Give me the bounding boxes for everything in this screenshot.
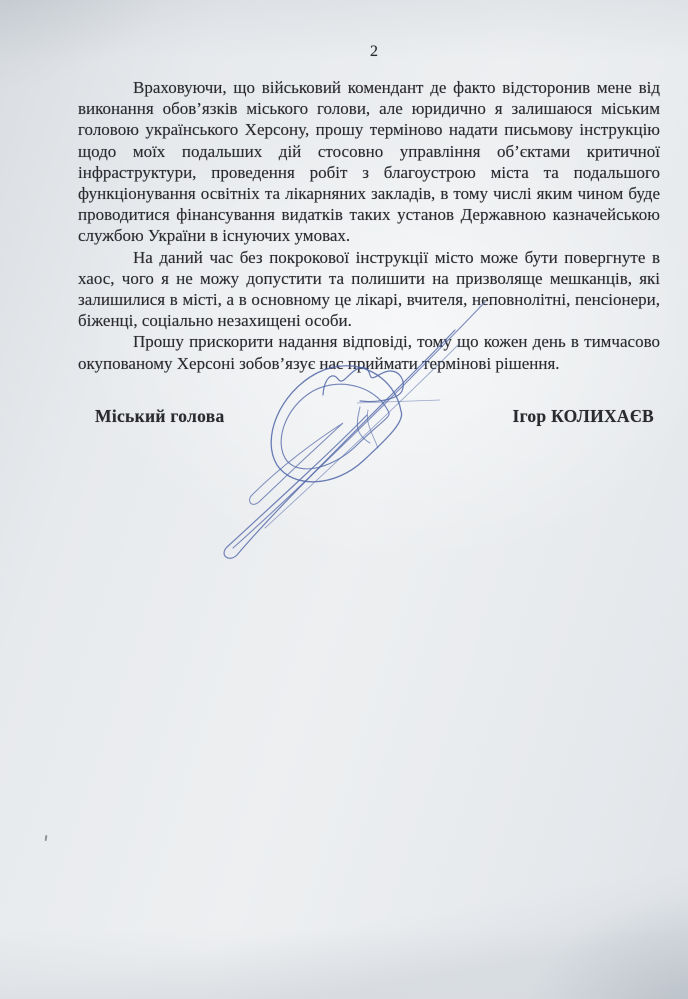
- paragraph-urgency: Прошу прискорити надання відповіді, тому…: [78, 331, 660, 373]
- signoff-title: Міський голова: [95, 406, 225, 427]
- page-number: 2: [370, 43, 379, 61]
- paragraph-city-chaos: На даний час без покрокової інструкції м…: [78, 247, 660, 332]
- letter-body: Враховуючи, що військовий комендант де ф…: [78, 77, 660, 374]
- paper-speck: [45, 835, 48, 841]
- scanned-letter-page: 2 Враховуючи, що військовий комендант де…: [0, 0, 688, 999]
- signoff-name: Ігор КОЛИХАЄВ: [512, 406, 654, 427]
- paragraph-instruction-request: Враховуючи, що військовий комендант де ф…: [78, 77, 660, 247]
